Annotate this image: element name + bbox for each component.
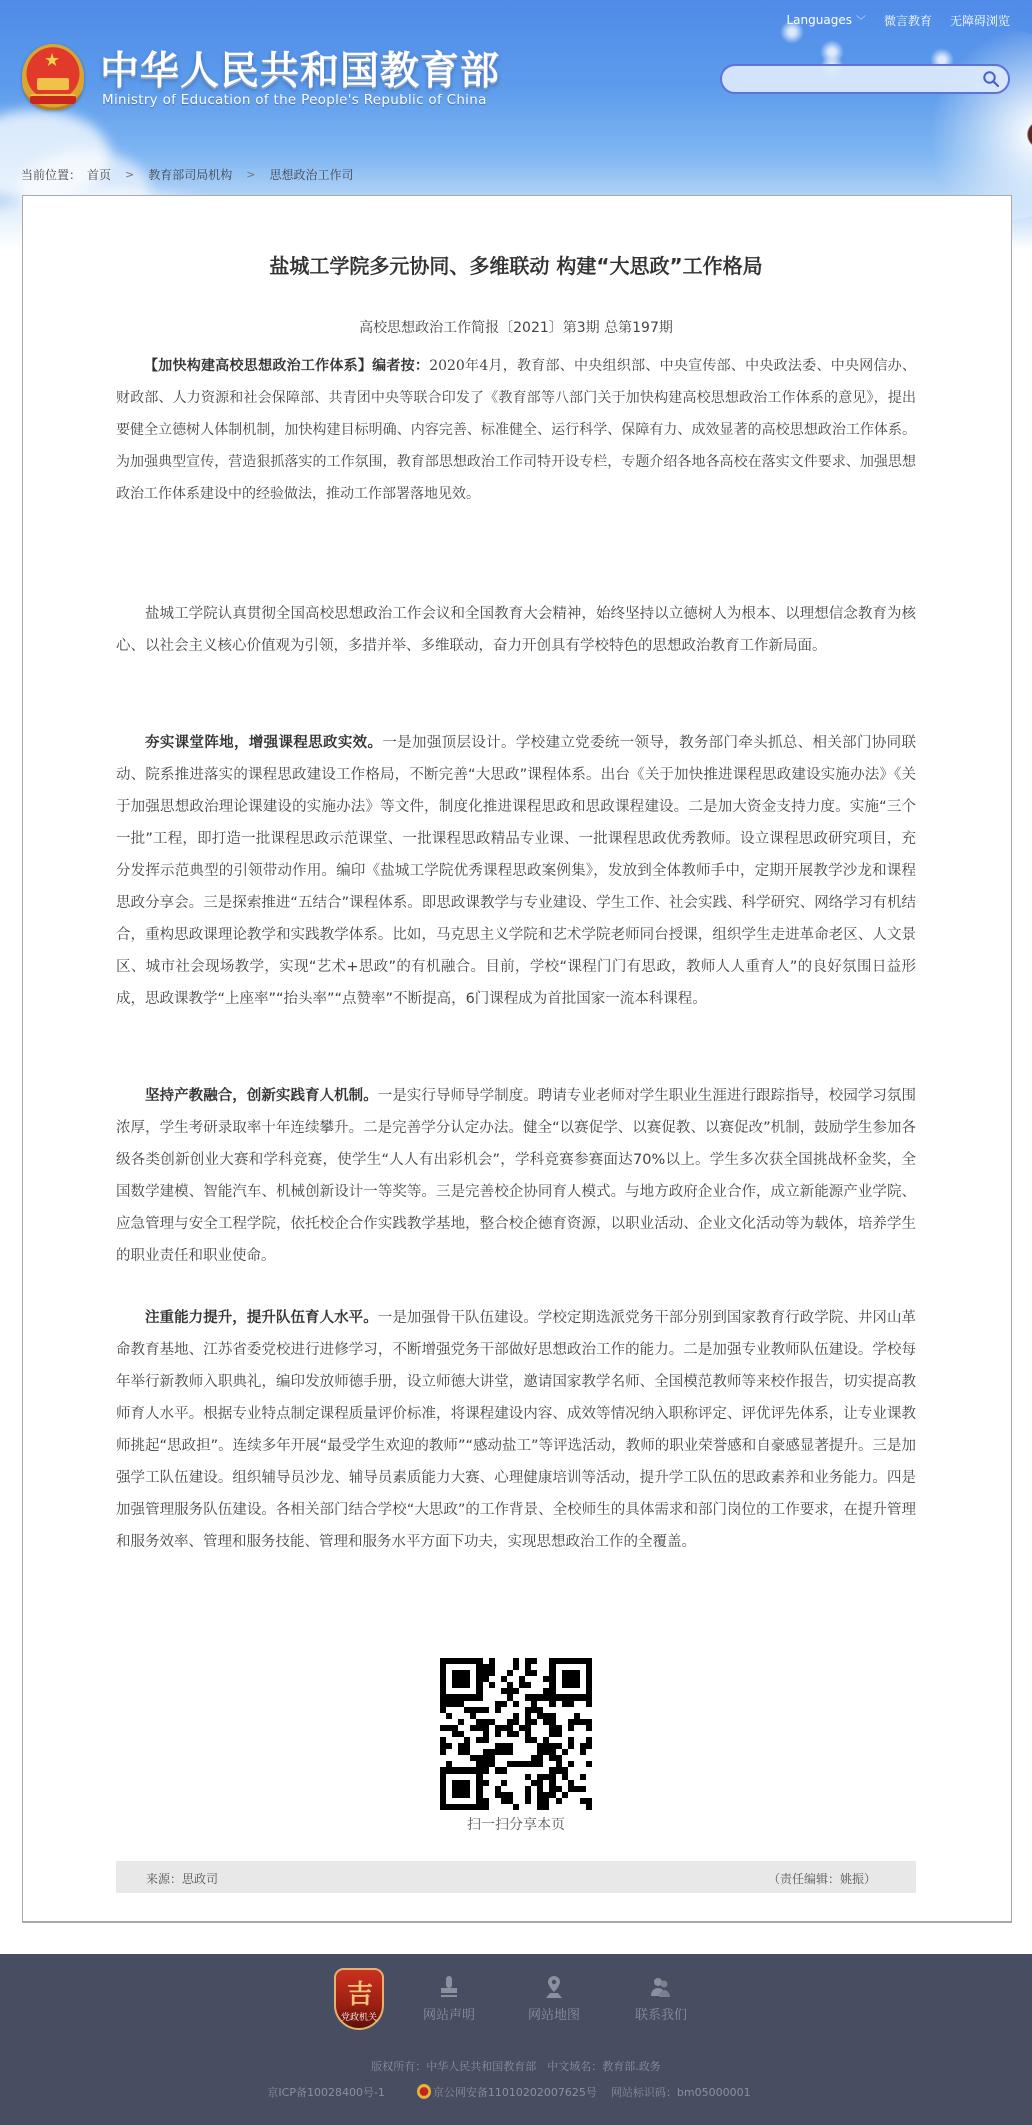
article-paragraph: 注重能力提升，提升队伍育人水平。一是加强骨干队伍建设。学校定期选派党务干部分别到… (116, 1302, 916, 1558)
search-icon[interactable] (982, 70, 1000, 88)
paragraph-lead: 坚持产教融合，创新实践育人机制。 (145, 1088, 378, 1104)
article-source: 来源：思政司 (146, 1870, 218, 1887)
responsible-editor: （责任编辑：姚振） (768, 1870, 876, 1887)
police-emblem-icon (417, 2084, 431, 2099)
paragraph-body: 一是实行导师导学制度。聘请专业老师对学生职业生涯进行跟踪指导，校园学习氛围浓厚，… (116, 1088, 916, 1264)
paragraph-lead: 注重能力提升，提升队伍育人水平。 (145, 1310, 378, 1326)
search-box (720, 64, 1010, 94)
icp-info: 京ICP备10028400号-1京公网安备11010202007625号网站标识… (0, 2084, 1032, 2100)
editor-note-lead: 【加快构建高校思想政治工作体系】编者按： (144, 358, 429, 374)
footer-link-sitemap[interactable]: 网站地图 (519, 1974, 589, 2023)
share-qr-section: 扫一扫分享本页 (440, 1658, 592, 1834)
footer-link-label: 网站地图 (528, 2008, 580, 2023)
paragraph-body: 一是加强骨干队伍建设。学校定期选派党务干部分别到国家教育行政学院、井冈山革命教育… (116, 1310, 916, 1550)
paragraph-body: 一是加强顶层设计。学校建立党委统一领导，教务部门牵头抓总、相关部门协同联动、院系… (116, 735, 916, 1007)
editor-note-body: 2020年4月，教育部、中央组织部、中央宣传部、中央政法委、中央网信办、财政部、… (116, 358, 916, 502)
article-paragraph: 坚持产教融合，创新实践育人机制。一是实行导师导学制度。聘请专业老师对学生职业生涯… (116, 1080, 916, 1272)
contacts-icon (649, 1974, 673, 2000)
breadcrumb-separator-icon: > (125, 168, 134, 181)
footer-link-label: 网站声明 (423, 2008, 475, 2023)
site-title[interactable]: 中华人民共和国教育部 (100, 40, 500, 96)
breadcrumb-current[interactable]: 思想政治工作司 (269, 166, 353, 183)
qr-code-icon (440, 1658, 592, 1810)
breadcrumb-home[interactable]: 首页 (87, 166, 111, 183)
icp-record-link[interactable]: 京ICP备10028400号-1 (267, 2086, 385, 2099)
footer-link-label: 联系我们 (635, 2008, 687, 2023)
stamp-icon (438, 1974, 460, 2000)
footer-link-statement[interactable]: 网站声明 (414, 1974, 484, 2023)
breadcrumb-departments[interactable]: 教育部司局机构 (148, 166, 232, 183)
article-paragraph: 盐城工学院认真贯彻全国高校思想政治工作会议和全国教育大会精神，始终坚持以立德树人… (116, 598, 916, 662)
national-emblem-icon[interactable]: ★ (22, 44, 84, 110)
top-links: Languages﹀ 微言教育 无障碍浏览 (786, 12, 1010, 29)
article-subtitle: 高校思想政治工作简报〔2021〕第3期 总第197期 (116, 317, 916, 337)
weiyan-link[interactable]: 微言教育 (884, 12, 932, 29)
article-meta-bar: 来源：思政司 （责任编辑：姚振） (116, 1861, 916, 1893)
copyright-text: 版权所有：中华人民共和国教育部 中文域名：教育部.政务 (0, 2058, 1032, 2074)
article-title: 盐城工学院多元协同、多维联动 构建“大思政”工作格局 (116, 250, 916, 279)
footer-link-contact[interactable]: 联系我们 (626, 1974, 696, 2023)
breadcrumb-prefix: 当前位置： (21, 166, 81, 183)
paragraph-body: 盐城工学院认真贯彻全国高校思想政治工作会议和全国教育大会精神，始终坚持以立德树人… (116, 606, 916, 654)
badge-label: 党政机关 (336, 2010, 382, 2023)
breadcrumb-separator-icon: > (246, 168, 255, 181)
police-record-link[interactable]: 京公网安备11010202007625号 (433, 2086, 597, 2099)
site-footer: 吉 党政机关 网站声明 网站地图 联系我们 版权所有：中华人民共和国教育部 中文… (0, 1954, 1032, 2125)
breadcrumb: 当前位置： 首页 > 教育部司局机构 > 思想政治工作司 (21, 166, 354, 183)
map-pin-icon (543, 1974, 565, 2000)
chevron-down-icon: ﹀ (856, 12, 866, 27)
paragraph-lead: 夯实课堂阵地，增强课程思政实效。 (145, 735, 382, 751)
party-government-badge-icon[interactable]: 吉 党政机关 (334, 1968, 384, 2030)
article-paragraph: 夯实课堂阵地，增强课程思政实效。一是加强顶层设计。学校建立党委统一领导，教务部门… (116, 727, 916, 1015)
languages-dropdown[interactable]: Languages﹀ (786, 12, 865, 29)
search-input[interactable] (734, 70, 974, 88)
accessibility-link[interactable]: 无障碍浏览 (950, 12, 1010, 29)
site-subtitle: Ministry of Education of the People's Re… (102, 92, 487, 108)
site-id: 网站标识码：bm05000001 (611, 2086, 751, 2099)
qr-caption: 扫一扫分享本页 (440, 1814, 592, 1834)
languages-label: Languages (786, 13, 851, 27)
editor-note: 【加快构建高校思想政治工作体系】编者按：2020年4月，教育部、中央组织部、中央… (116, 350, 916, 510)
